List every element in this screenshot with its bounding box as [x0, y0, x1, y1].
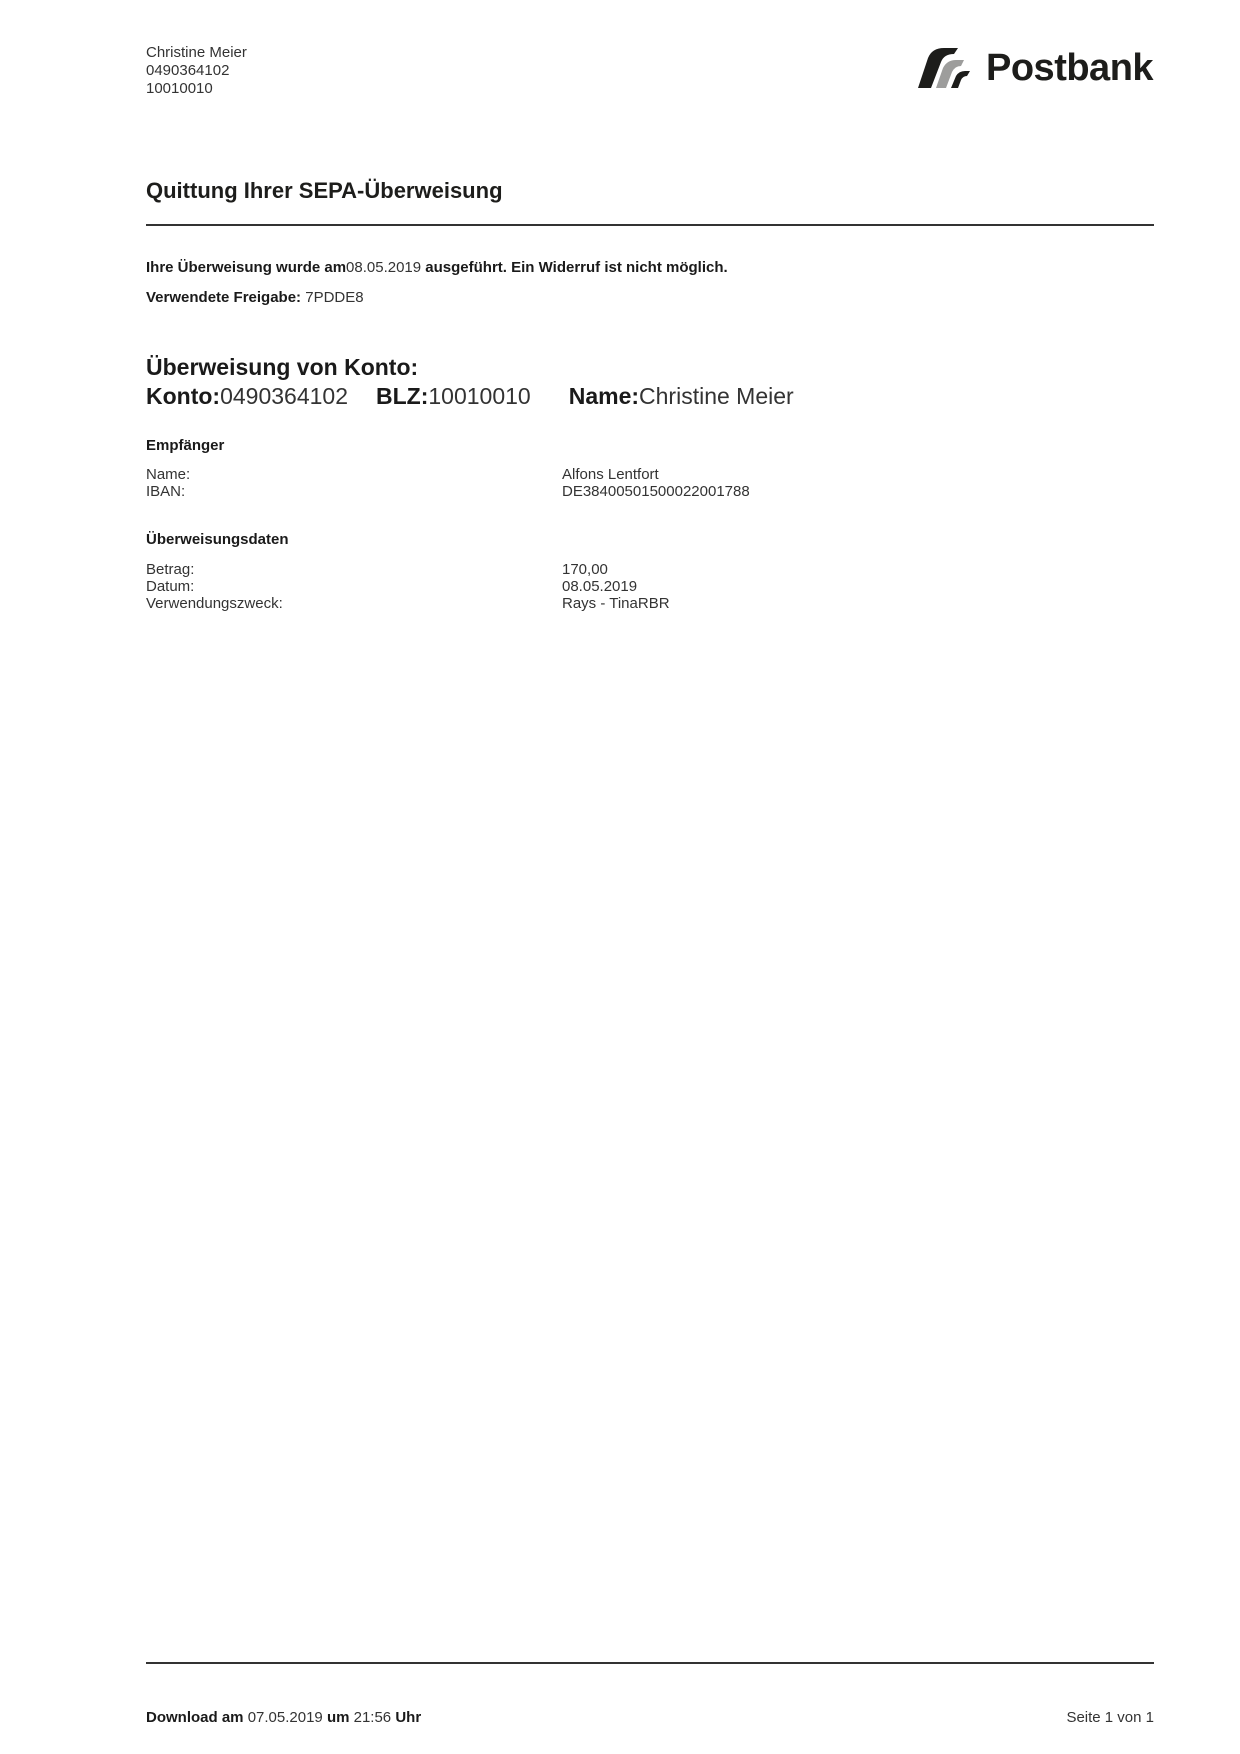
postbank-logo: Postbank: [914, 46, 1153, 90]
blz-value: 10010010: [428, 383, 530, 409]
recipient-row: IBAN: DE38400501500022001788: [146, 483, 1146, 500]
recipient-name-value: Alfons Lentfort: [562, 466, 659, 483]
sender-blz: 10010010: [146, 80, 247, 98]
sender-account: 0490364102: [146, 62, 247, 80]
purpose-label: Verwendungszweck:: [146, 595, 562, 612]
recipient-iban-value: DE38400501500022001788: [562, 483, 750, 500]
execution-notice: Ihre Überweisung wurde am08.05.2019 ausg…: [146, 259, 728, 277]
name-value: Christine Meier: [639, 383, 794, 409]
sender-name: Christine Meier: [146, 44, 247, 62]
from-account-row: Konto:0490364102BLZ:10010010Name:Christi…: [146, 383, 794, 410]
blz-label: BLZ:: [376, 383, 428, 409]
release-line: Verwendete Freigabe: 7PDDE8: [146, 289, 364, 307]
logo-text: Postbank: [986, 49, 1153, 87]
postbank-logo-icon: [914, 46, 980, 90]
download-date: 07.05.2019: [248, 1709, 323, 1726]
transfer-row: Betrag: 170,00: [146, 561, 1146, 578]
page-title: Quittung Ihrer SEPA-Überweisung: [146, 178, 503, 204]
amount-label: Betrag:: [146, 561, 562, 578]
download-info: Download am 07.05.2019 um 21:56 Uhr: [146, 1709, 421, 1726]
transfer-row: Verwendungszweck: Rays - TinaRBR: [146, 595, 1146, 612]
amount-value: 170,00: [562, 561, 608, 578]
transfer-row: Datum: 08.05.2019: [146, 578, 1146, 595]
transfer-data-heading: Überweisungsdaten: [146, 531, 289, 548]
date-label: Datum:: [146, 578, 562, 595]
page-indicator: Seite 1 von 1: [1000, 1709, 1154, 1726]
recipient-iban-label: IBAN:: [146, 483, 562, 500]
release-label: Verwendete Freigabe:: [146, 289, 301, 306]
recipient-row: Name: Alfons Lentfort: [146, 466, 1146, 483]
name-label: Name:: [569, 383, 639, 409]
from-account-heading: Überweisung von Konto:: [146, 354, 418, 381]
at-label: um: [327, 1709, 350, 1726]
release-value: 7PDDE8: [305, 289, 363, 306]
date-value: 08.05.2019: [562, 578, 637, 595]
transfer-details: Betrag: 170,00 Datum: 08.05.2019 Verwend…: [146, 561, 1146, 612]
notice-date: 08.05.2019: [346, 259, 421, 276]
recipient-name-label: Name:: [146, 466, 562, 483]
notice-suffix: ausgeführt. Ein Widerruf ist nicht mögli…: [425, 259, 727, 276]
recipient-heading: Empfänger: [146, 437, 224, 454]
download-label: Download am: [146, 1709, 244, 1726]
konto-value: 0490364102: [220, 383, 348, 409]
recipient-details: Name: Alfons Lentfort IBAN: DE3840050150…: [146, 466, 1146, 500]
konto-label: Konto:: [146, 383, 220, 409]
time-suffix: Uhr: [395, 1709, 421, 1726]
sender-block: Christine Meier 0490364102 10010010: [146, 44, 247, 98]
notice-prefix: Ihre Überweisung wurde am: [146, 259, 346, 276]
download-time: 21:56: [354, 1709, 392, 1726]
divider-bottom: [146, 1662, 1154, 1664]
divider-top: [146, 224, 1154, 226]
purpose-value: Rays - TinaRBR: [562, 595, 670, 612]
